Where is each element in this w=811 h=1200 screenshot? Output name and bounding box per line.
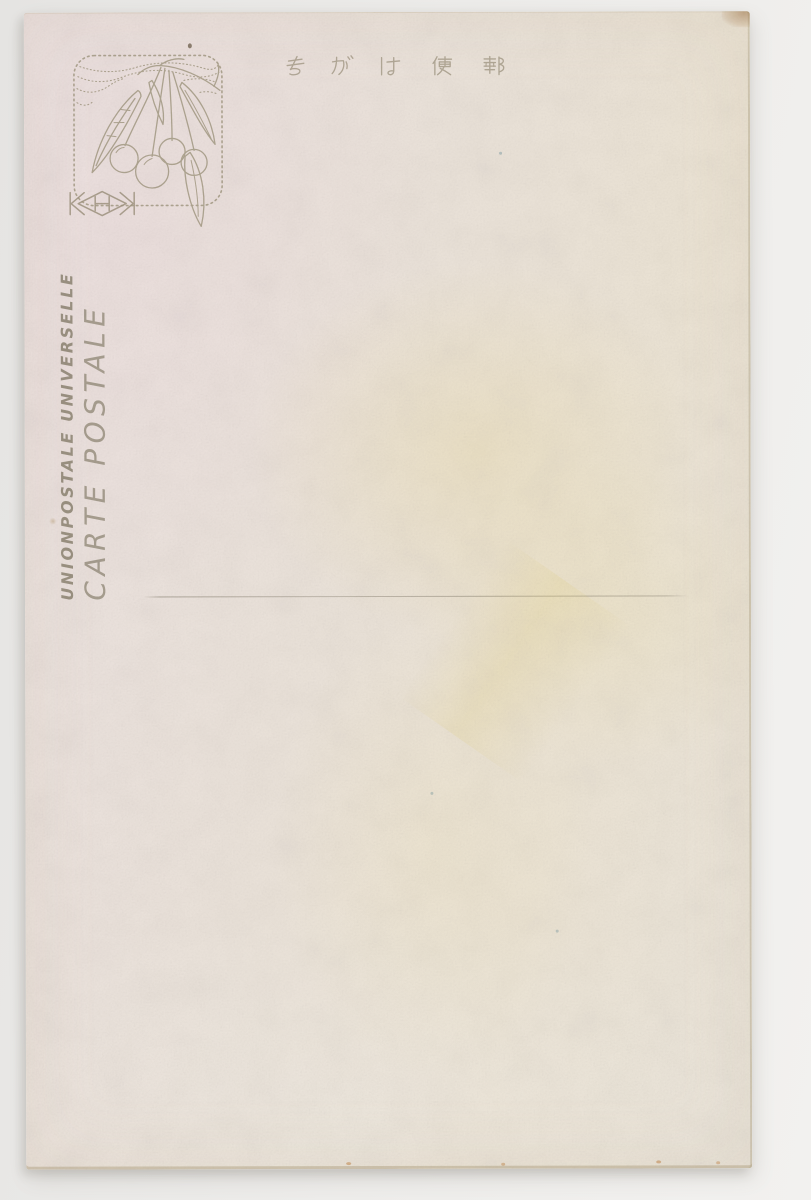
stamp-box <box>64 50 254 245</box>
fiber-speck <box>499 152 502 155</box>
fiber-speck <box>430 792 433 795</box>
yellow-stain-streak <box>399 541 631 783</box>
kanji-bin-glyph <box>433 57 451 75</box>
edge-speck <box>716 1161 720 1164</box>
publisher-monogram <box>70 192 134 216</box>
fiber-speck <box>556 930 559 933</box>
postcard-header-text <box>274 52 524 83</box>
ink-fleck <box>188 43 192 48</box>
postcard-back: UNIONPOSTALE UNIVERSELLE CARTE POSTALE <box>24 11 752 1170</box>
kana-ki-glyph <box>287 57 304 75</box>
edge-speck <box>656 1160 661 1163</box>
kana-ga-glyph <box>332 56 353 75</box>
edge-speck <box>501 1163 505 1166</box>
foxing-spot <box>49 518 57 525</box>
photo-background: UNIONPOSTALE UNIVERSELLE CARTE POSTALE <box>0 0 811 1200</box>
union-postale-universelle-label: UNIONPOSTALE UNIVERSELLE <box>57 269 77 601</box>
edge-speck <box>346 1162 351 1165</box>
carte-postale-label: CARTE POSTALE <box>78 269 112 601</box>
kanji-yu-glyph <box>484 57 504 75</box>
postal-union-inscription: UNIONPOSTALE UNIVERSELLE CARTE POSTALE <box>57 269 130 601</box>
foxing-spot <box>722 11 750 27</box>
kana-ha-glyph <box>382 58 400 75</box>
divider-line <box>143 595 688 597</box>
cherry-branch-illustration <box>74 55 222 226</box>
